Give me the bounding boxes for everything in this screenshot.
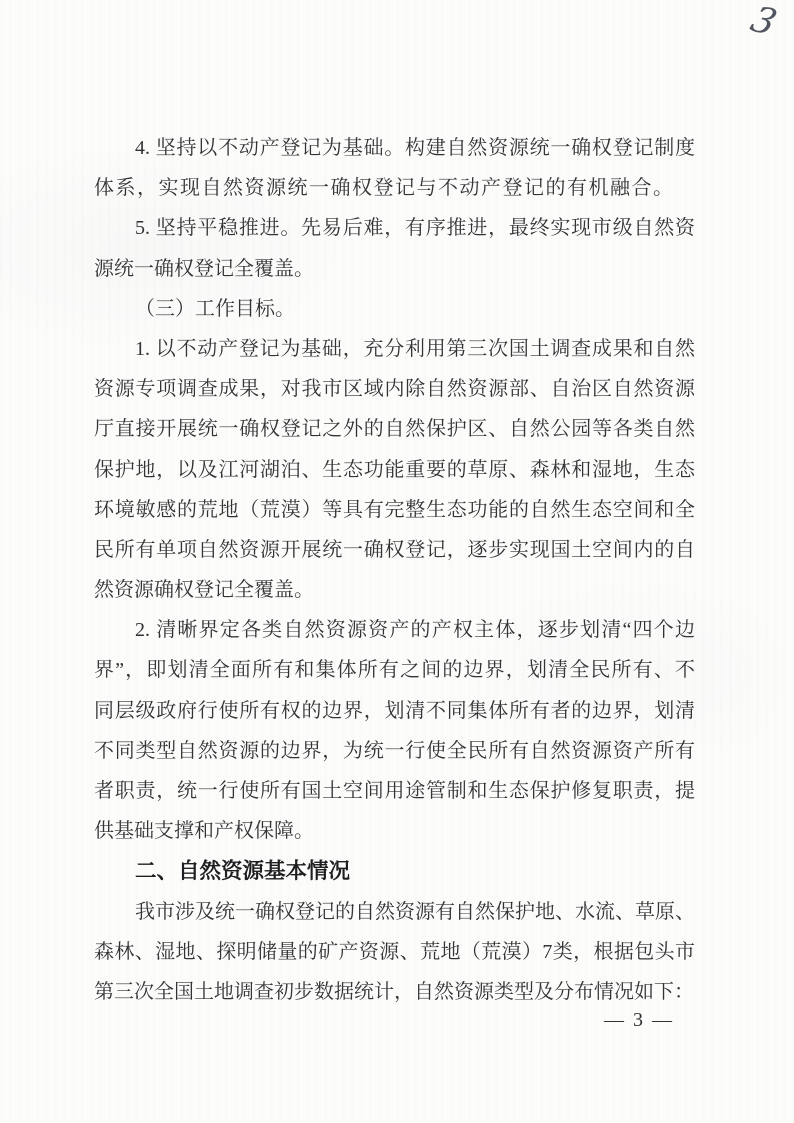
section-heading: 二、自然资源基本情况	[94, 851, 695, 891]
text-line: 环境敏感的荒地（荒漠）等具有完整生态功能的自然生态空间和全	[94, 490, 695, 530]
text-line: 界”，即划清全面所有和集体所有之间的边界，划清全民所有、不	[94, 650, 695, 690]
text-line: 同层级政府行使所有权的边界，划清不同集体所有者的边界，划清	[94, 691, 695, 731]
text-line: 森林、湿地、探明储量的矿产资源、荒地（荒漠）7类，根据包头市	[94, 932, 695, 972]
text-line: 我市涉及统一确权登记的自然资源有自然保护地、水流、草原、	[94, 892, 695, 932]
document-body: 4. 坚持以不动产登记为基础。构建自然资源统一确权登记制度 体系，实现自然资源统…	[94, 128, 695, 1012]
text-line: 资源专项调查成果，对我市区域内除自然资源部、自治区自然资源	[94, 369, 695, 409]
text-line: 保护地，以及江河湖泊、生态功能重要的草原、森林和湿地，生态	[94, 450, 695, 490]
scanned-document-page: 3 4. 坚持以不动产登记为基础。构建自然资源统一确权登记制度 体系，实现自然资…	[0, 0, 794, 1123]
text-line: 1. 以不动产登记为基础，充分利用第三次国土调查成果和自然	[94, 329, 695, 369]
text-line: 然资源确权登记全覆盖。	[94, 570, 695, 610]
text-line: 2. 清晰界定各类自然资源资产的产权主体，逐步划清“四个边	[94, 610, 695, 650]
text-line: 民所有单项自然资源开展统一确权登记，逐步实现国土空间内的自	[94, 530, 695, 570]
subsection-title-line: （三）工作目标。	[94, 289, 695, 329]
text-line: 体系，实现自然资源统一确权登记与不动产登记的有机融合。	[94, 168, 695, 208]
text-line: 供基础支撑和产权保障。	[94, 811, 695, 851]
handwritten-page-annotation: 3	[745, 0, 781, 43]
text-line: 4. 坚持以不动产登记为基础。构建自然资源统一确权登记制度	[94, 128, 695, 168]
text-line: 者职责，统一行使所有国土空间用途管制和生态保护修复职责，提	[94, 771, 695, 811]
text-line: 5. 坚持平稳推进。先易后难，有序推进，最终实现市级自然资	[94, 208, 695, 248]
text-line: 不同类型自然资源的边界，为统一行使全民所有自然资源资产所有	[94, 731, 695, 771]
page-number: — 3 —	[604, 1005, 674, 1035]
text-line: 源统一确权登记全覆盖。	[94, 249, 695, 289]
text-line: 厅直接开展统一确权登记之外的自然保护区、自然公园等各类自然	[94, 409, 695, 449]
